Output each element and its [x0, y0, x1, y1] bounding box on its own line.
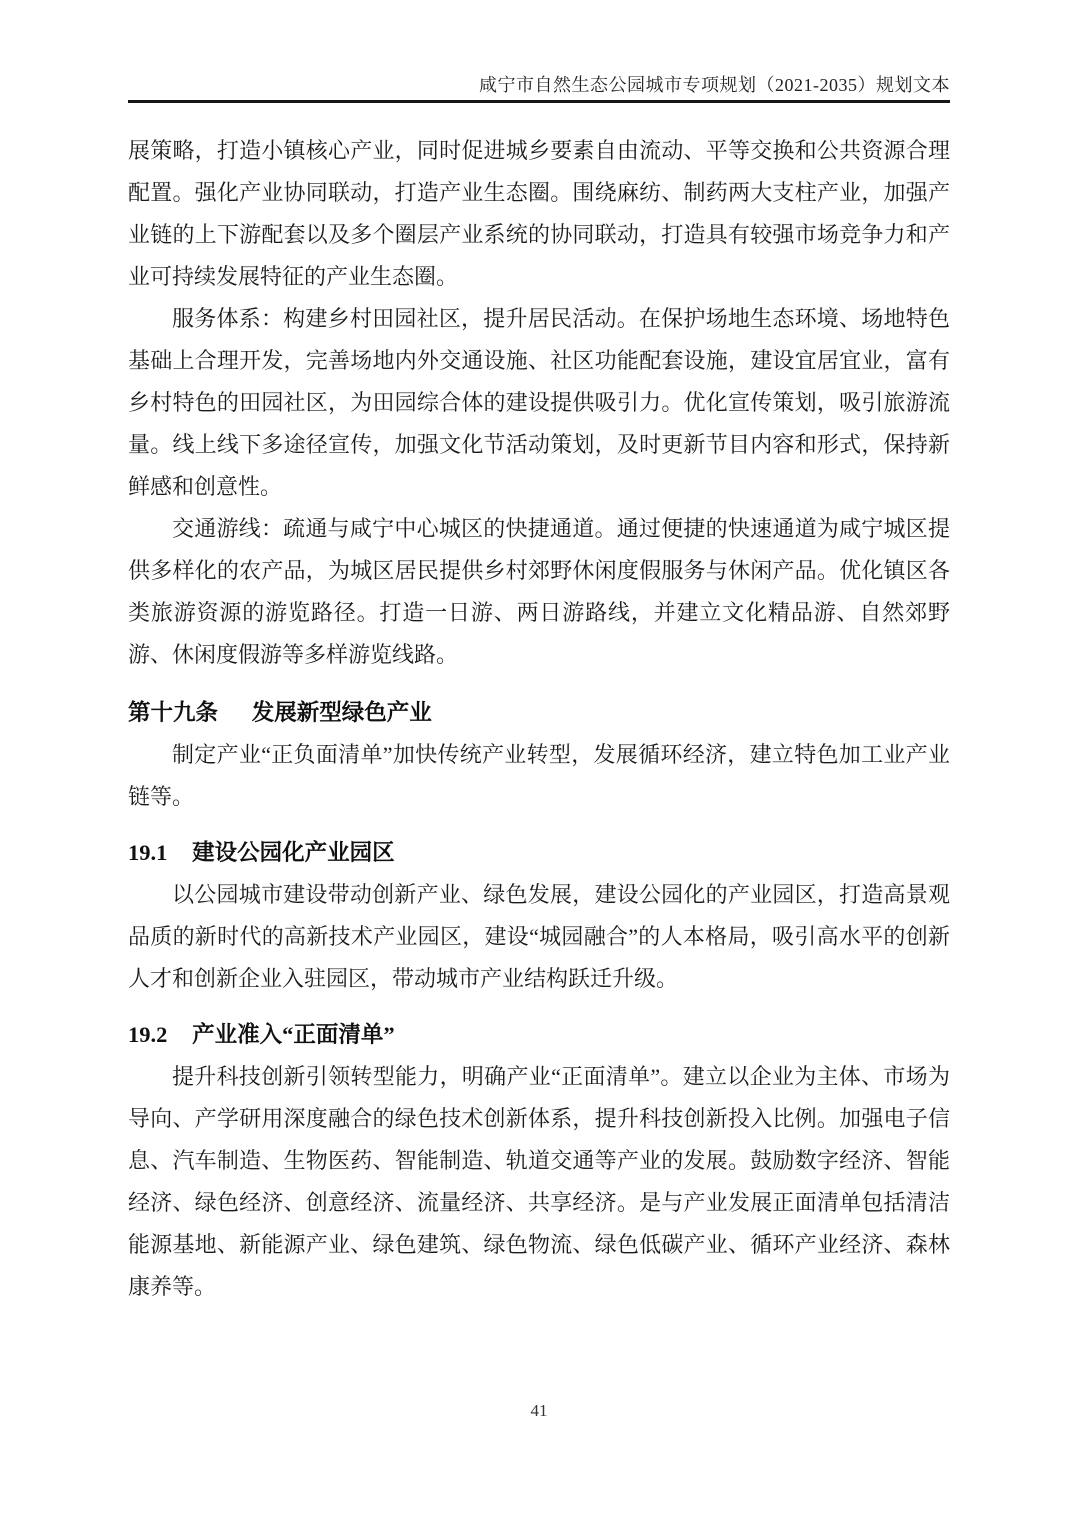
heading-section-19-1-title: 建设公园化产业园区: [192, 840, 395, 865]
heading-article-19-number: 第十九条: [128, 700, 218, 725]
paragraph-article-19-body: 制定产业“正负面清单”加快传统产业转型，发展循环经济，建立特色加工业产业链等。: [128, 734, 950, 818]
heading-section-19-2-number: 19.2: [128, 1022, 167, 1047]
paragraph-industry-continuation: 展策略，打造小镇核心产业，同时促进城乡要素自由流动、平等交换和公共资源合理配置。…: [128, 130, 950, 298]
document-body: 展策略，打造小镇核心产业，同时促进城乡要素自由流动、平等交换和公共资源合理配置。…: [128, 130, 950, 1308]
paragraph-section-19-2-body: 提升科技创新引领转型能力，明确产业“正面清单”。建立以企业为主体、市场为导向、产…: [128, 1056, 950, 1308]
paragraph-traffic-routes: 交通游线：疏通与咸宁中心城区的快捷通道。通过便捷的快速通道为咸宁城区提供多样化的…: [128, 508, 950, 676]
heading-section-19-1-number: 19.1: [128, 840, 167, 865]
paragraph-section-19-1-body: 以公园城市建设带动创新产业、绿色发展，建设公园化的产业园区，打造高景观品质的新时…: [128, 874, 950, 1000]
heading-section-19-2-title: 产业准入“正面清单”: [192, 1022, 395, 1047]
page-number: 41: [128, 1401, 950, 1421]
heading-section-19-2: 19.2 产业准入“正面清单”: [128, 1014, 950, 1056]
paragraph-service-system: 服务体系：构建乡村田园社区，提升居民活动。在保护场地生态环境、场地特色基础上合理…: [128, 298, 950, 508]
heading-section-19-1: 19.1 建设公园化产业园区: [128, 832, 950, 874]
heading-article-19: 第十九条 发展新型绿色产业: [128, 692, 950, 734]
header-title: 咸宁市自然生态公园城市专项规划（2021-2035）规划文本: [479, 71, 950, 97]
header-rule: [128, 100, 950, 103]
heading-article-19-title: 发展新型绿色产业: [252, 700, 432, 725]
document-page: 咸宁市自然生态公园城市专项规划（2021-2035）规划文本 展策略，打造小镇核…: [0, 0, 1074, 1520]
